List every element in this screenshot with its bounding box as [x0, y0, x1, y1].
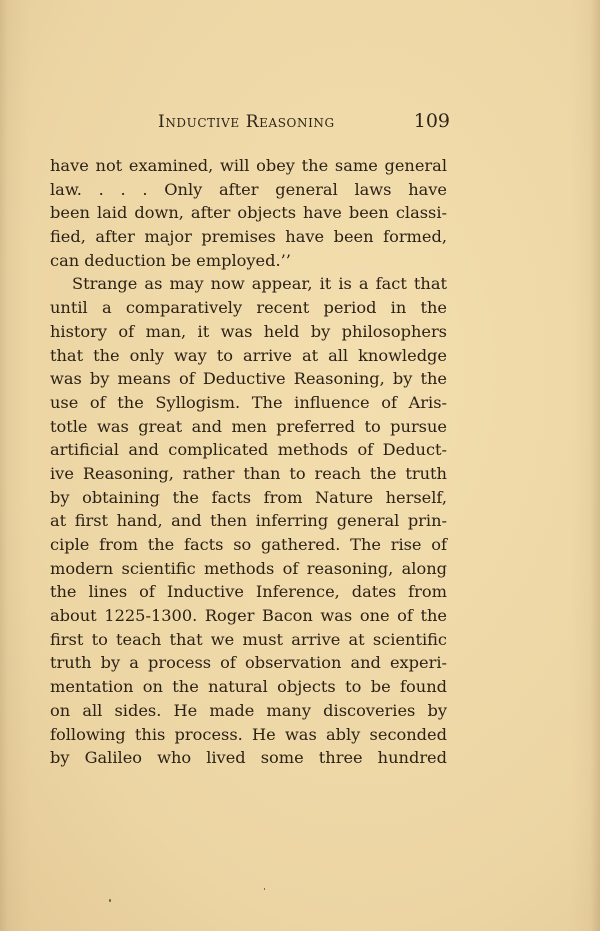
text-line: history of man, it was held by philosoph…	[50, 320, 447, 344]
text-line: Strange as may now appear, it is a fact …	[50, 272, 447, 296]
text-line: the lines of Inductive Inference, dates …	[50, 580, 447, 604]
running-head: Inductive Reasoning 109	[158, 110, 450, 136]
text-line: was by means of Deductive Reasoning, by …	[50, 367, 447, 391]
book-page: Inductive Reasoning 109 have not examine…	[0, 0, 600, 931]
text-line: fied, after major premises have been for…	[50, 225, 447, 249]
text-line: ciple from the facts so gathered. The ri…	[50, 533, 447, 557]
paragraph: Strange as may now appear, it is a fact …	[50, 272, 447, 769]
text-line: modern scientific methods of reasoning, …	[50, 557, 447, 581]
text-line: until a comparatively recent period in t…	[50, 296, 447, 320]
text-line: use of the Syllogism. The influence of A…	[50, 391, 447, 415]
text-line: law. . . . Only after general laws have	[50, 178, 447, 202]
paper-speck	[109, 899, 111, 902]
text-line: been laid down, after objects have been …	[50, 201, 447, 225]
text-line: about 1225-1300. Roger Bacon was one of …	[50, 604, 447, 628]
text-line: totle was great and men preferred to pur…	[50, 415, 447, 439]
text-line: following this process. He was ably seco…	[50, 723, 447, 747]
text-line: by obtaining the facts from Nature herse…	[50, 486, 447, 510]
text-line: on all sides. He made many discoveries b…	[50, 699, 447, 723]
text-line: have not examined, will obey the same ge…	[50, 154, 447, 178]
text-line: at first hand, and then inferring genera…	[50, 509, 447, 533]
text-line: ive Reasoning, rather than to reach the …	[50, 462, 447, 486]
text-line: by Galileo who lived some three hundred	[50, 746, 447, 770]
paper-speck	[264, 888, 265, 890]
running-head-title: Inductive Reasoning	[158, 112, 335, 132]
text-line: first to teach that we must arrive at sc…	[50, 628, 447, 652]
paragraph-continued: have not examined, will obey the same ge…	[50, 154, 447, 272]
body-text: have not examined, will obey the same ge…	[50, 154, 447, 770]
page-number: 109	[414, 110, 450, 132]
text-line: mentation on the natural objects to be f…	[50, 675, 447, 699]
text-line: that the only way to arrive at all knowl…	[50, 344, 447, 368]
text-line: can deduction be employed.’’	[50, 249, 447, 273]
text-line: truth by a process of observation and ex…	[50, 651, 447, 675]
text-line: artificial and complicated methods of De…	[50, 438, 447, 462]
